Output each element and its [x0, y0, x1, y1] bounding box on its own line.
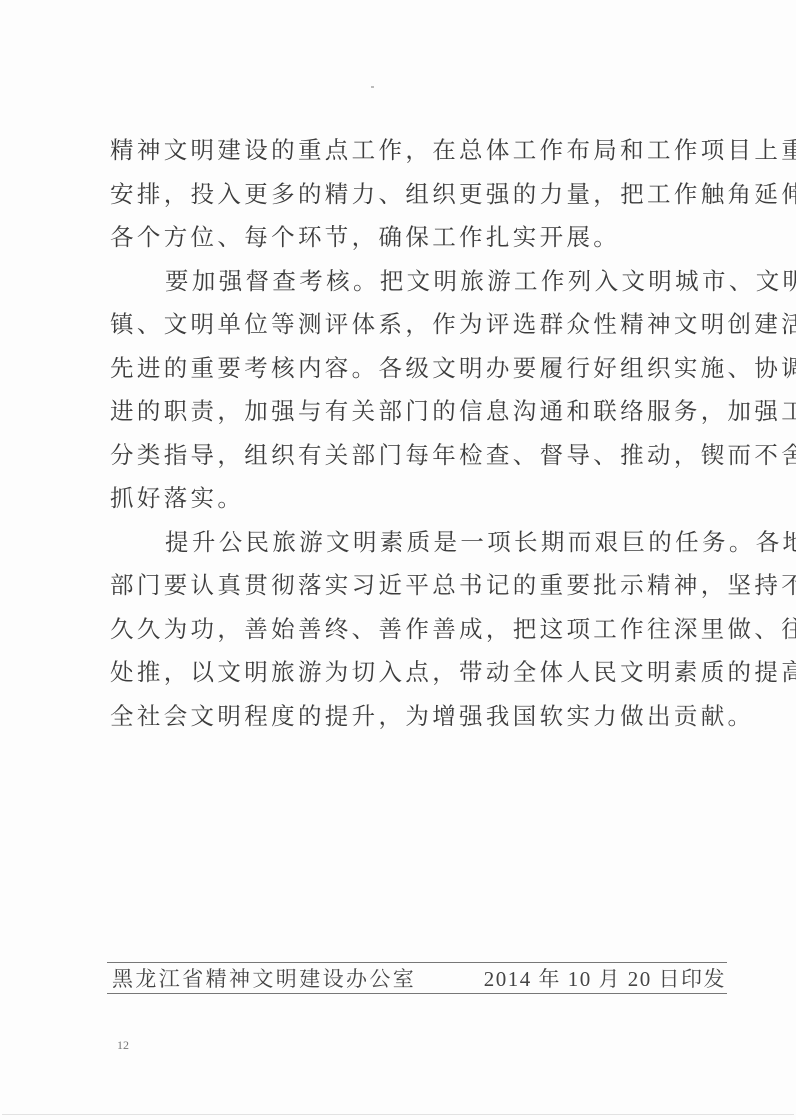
- document-page: 精神文明建设的重点工作，在总体工作布局和工作项目上重点 安排，投入更多的精力、组…: [0, 0, 796, 1120]
- page-number: 12: [117, 1038, 129, 1053]
- text-line: 各个方位、每个环节，确保工作扎实开展。: [110, 216, 710, 260]
- issuance-footer: 黑龙江省精神文明建设办公室 2014 年 10 月 20 日印发: [112, 963, 726, 993]
- paragraph-1: 精神文明建设的重点工作，在总体工作布局和工作项目上重点 安排，投入更多的精力、组…: [110, 129, 710, 260]
- text-line: 进的职责，加强与有关部门的信息沟通和联络服务，加强工作: [110, 390, 710, 434]
- text-line: 精神文明建设的重点工作，在总体工作布局和工作项目上重点: [110, 129, 710, 173]
- text-line: 安排，投入更多的精力、组织更强的力量，把工作触角延伸到: [110, 173, 710, 217]
- paragraph-3: 提升公民旅游文明素质是一项长期而艰巨的任务。各地各 部门要认真贯彻落实习近平总书…: [110, 521, 710, 739]
- issue-date: 2014 年 10 月 20 日印发: [484, 963, 726, 993]
- body-text: 精神文明建设的重点工作，在总体工作布局和工作项目上重点 安排，投入更多的精力、组…: [110, 129, 710, 738]
- text-line: 抓好落实。: [110, 477, 710, 521]
- footer-bottom-rule: [107, 993, 727, 994]
- page-edge: [2, 1114, 794, 1115]
- text-line: 要加强督查考核。把文明旅游工作列入文明城市、文明村: [110, 260, 710, 304]
- scan-artifact: [371, 86, 374, 88]
- paragraph-2: 要加强督查考核。把文明旅游工作列入文明城市、文明村 镇、文明单位等测评体系，作为…: [110, 260, 710, 521]
- issuer-name: 黑龙江省精神文明建设办公室: [112, 963, 416, 993]
- text-line: 部门要认真贯彻落实习近平总书记的重要批示精神，坚持不懈、: [110, 564, 710, 608]
- text-line: 镇、文明单位等测评体系，作为评选群众性精神文明创建活动: [110, 303, 710, 347]
- text-line: 分类指导，组织有关部门每年检查、督导、推动，锲而不舍地: [110, 434, 710, 478]
- text-line: 处推，以文明旅游为切入点，带动全体人民文明素质的提高和: [110, 651, 710, 695]
- text-line: 提升公民旅游文明素质是一项长期而艰巨的任务。各地各: [110, 521, 710, 565]
- text-line: 先进的重要考核内容。各级文明办要履行好组织实施、协调推: [110, 347, 710, 391]
- text-line: 全社会文明程度的提升，为增强我国软实力做出贡献。: [110, 695, 710, 739]
- text-line: 久久为功，善始善终、善作善成，把这项工作往深里做、往实: [110, 608, 710, 652]
